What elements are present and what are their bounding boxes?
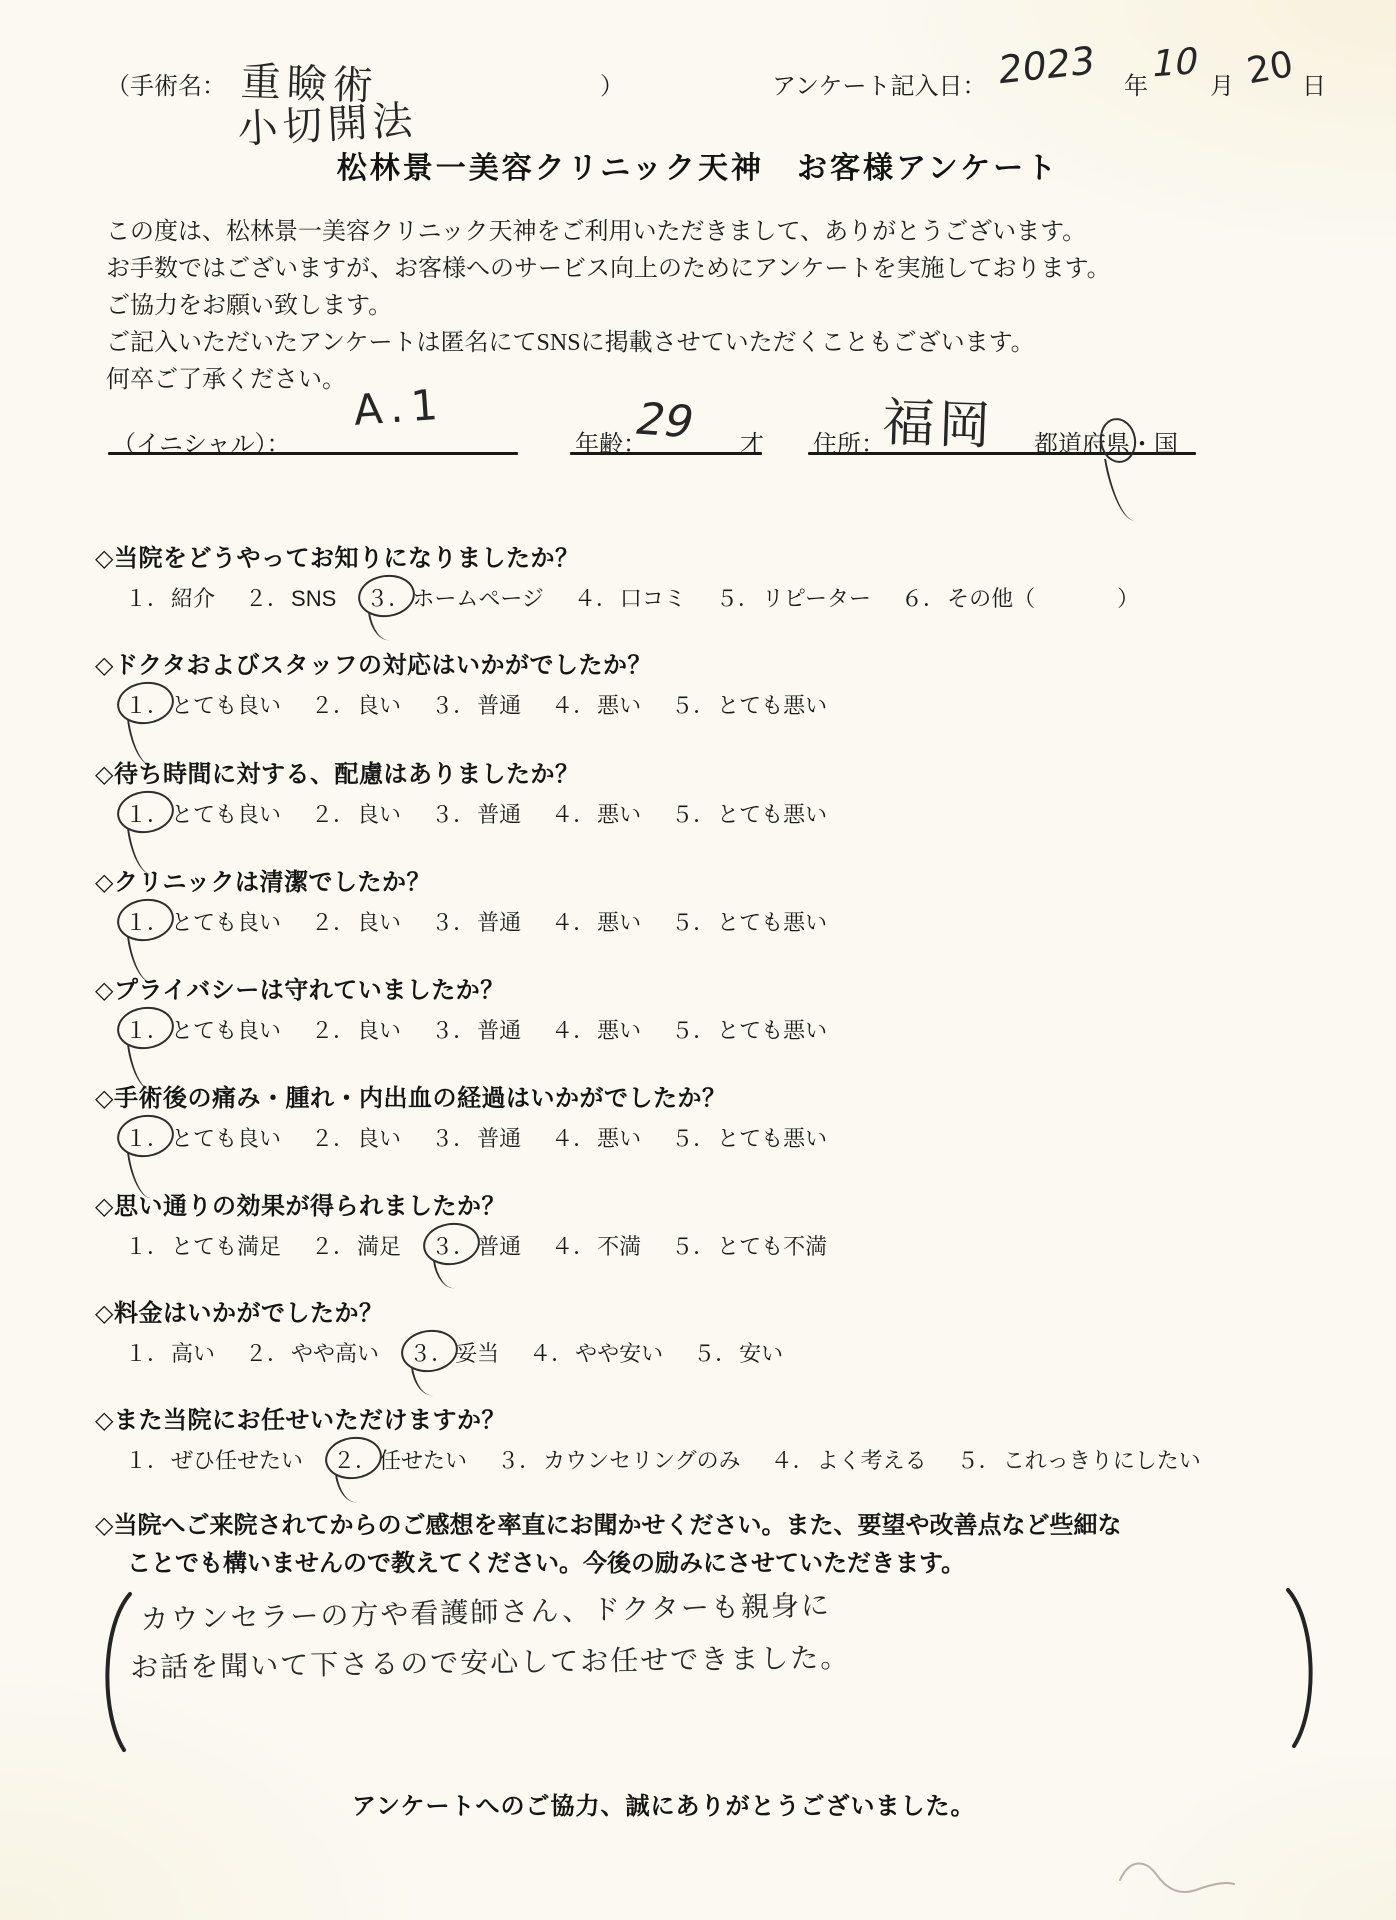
intro-line: この度は、松林景一美容クリニック天神をご利用いただきまして、ありがとうございます… xyxy=(106,214,1111,251)
option-number: ４． xyxy=(771,1448,815,1473)
region-prefix: 都道府 xyxy=(1034,432,1106,458)
option: ５．とても悪い xyxy=(671,906,827,937)
option: ４．よく考える xyxy=(771,1444,927,1475)
option: ２．良い xyxy=(311,906,401,937)
question-options: １．とても良い２．良い３．普通４．悪い５．とても悪い xyxy=(95,798,857,829)
option-number: ３． xyxy=(431,1018,475,1043)
other-close-paren: ） xyxy=(1117,582,1139,613)
option-number-circled: １． xyxy=(125,1122,169,1153)
option-number: ２． xyxy=(311,910,355,935)
option: ２．任せたい xyxy=(333,1444,467,1475)
option-label: 高い xyxy=(171,1341,215,1366)
option-number: ３． xyxy=(431,910,475,935)
address-handwritten: 福岡 xyxy=(881,380,996,459)
option-number: ５． xyxy=(671,1234,715,1259)
surgery-name-label: （手術名： xyxy=(106,66,226,101)
option-label: やや高い xyxy=(291,1341,379,1366)
option: ２．満足 xyxy=(311,1230,401,1261)
option: ２．やや高い xyxy=(245,1337,379,1368)
option: ３．カウンセリングのみ xyxy=(497,1444,741,1475)
option-label: 良い xyxy=(357,693,401,718)
question-prompt: ◇クリニックは清潔でしたか？ xyxy=(95,862,857,897)
option: １．とても良い xyxy=(125,798,281,829)
comment-prompt-line1: ◇当院へご来院されてからのご感想を率直にお聞かせください。また、要望や改善点など… xyxy=(95,1505,1121,1540)
option-label: やや安い xyxy=(575,1341,663,1366)
survey-date-label: アンケート記入日： xyxy=(772,66,987,101)
option-label: とても良い xyxy=(171,910,281,935)
option: １．とても良い xyxy=(125,689,281,720)
option-label: 紹介 xyxy=(171,586,215,611)
option: ４．悪い xyxy=(551,1122,641,1153)
option: ６．その他（ xyxy=(901,582,1035,613)
option-label: 良い xyxy=(357,802,401,827)
question-prompt: ◇待ち時間に対する、配慮はありましたか？ xyxy=(95,754,857,789)
option-number: ３． xyxy=(431,693,475,718)
option-label: 良い xyxy=(357,910,401,935)
question-block: ◇ドクタおよびスタッフの対応はいかがでしたか？１．とても良い２．良い３．普通４．… xyxy=(95,645,857,720)
option: ４．悪い xyxy=(551,798,641,829)
option-label: ぜひ任せたい xyxy=(171,1448,303,1473)
date-month-handwritten: 10 xyxy=(1149,41,1202,86)
option: １．とても満足 xyxy=(125,1230,281,1261)
option-number: ５． xyxy=(671,693,715,718)
option: ３．普通 xyxy=(431,1230,521,1261)
question-block: ◇当院をどうやってお知りになりましたか？１．紹介２．SNS３．ホームページ４．口… xyxy=(95,538,1139,613)
option-number: ５． xyxy=(671,910,715,935)
option: ４．やや安い xyxy=(529,1337,663,1368)
option-number-circled: ３． xyxy=(366,582,410,613)
option: ４．悪い xyxy=(551,906,641,937)
option: ５．とても悪い xyxy=(671,1014,827,1045)
question-prompt: ◇思い通りの効果が得られましたか？ xyxy=(95,1186,857,1221)
question-block: ◇待ち時間に対する、配慮はありましたか？１．とても良い２．良い３．普通４．悪い５… xyxy=(95,754,857,829)
comment-handwritten-line1: カウンセラーの方や看護師さん、ドクターも親身に xyxy=(140,1584,831,1638)
option-number: ５． xyxy=(716,586,760,611)
option-number: ４． xyxy=(551,693,595,718)
option-number: ２． xyxy=(311,802,355,827)
question-options: １．とても良い２．良い３．普通４．悪い５．とても悪い xyxy=(95,1122,857,1153)
option-label: 良い xyxy=(357,1126,401,1151)
question-block: ◇料金はいかがでしたか？１．高い２．やや高い３．妥当４．やや安い５．安い xyxy=(95,1293,813,1368)
option-label: これっきりにしたい xyxy=(1003,1448,1201,1473)
option-label: とても悪い xyxy=(717,693,827,718)
option-number-circled: ３． xyxy=(409,1337,453,1368)
question-options: １．とても良い２．良い３．普通４．悪い５．とても悪い xyxy=(95,906,857,937)
option: ５．とても悪い xyxy=(671,689,827,720)
option-number: ５． xyxy=(671,802,715,827)
option-number-circled: ３． xyxy=(431,1230,475,1261)
option-label: 良い xyxy=(357,1018,401,1043)
option: ４．不満 xyxy=(551,1230,641,1261)
option-label: その他（ xyxy=(947,586,1035,611)
option-number: ３． xyxy=(497,1448,541,1473)
option-label: とても悪い xyxy=(717,1126,827,1151)
intro-paragraph: この度は、松林景一美容クリニック天神をご利用いただきまして、ありがとうございます… xyxy=(106,214,1111,399)
option-number: ２． xyxy=(311,1018,355,1043)
intro-line: お手数ではございますが、お客様へのサービス向上のためにアンケートを実施しておりま… xyxy=(106,251,1111,288)
option-number: ４． xyxy=(529,1341,573,1366)
surgery-close-paren: ） xyxy=(600,66,624,101)
option-number-circled: １． xyxy=(125,689,169,720)
option-label: 口コミ xyxy=(620,586,686,611)
option-label: カウンセリングのみ xyxy=(543,1448,741,1473)
question-options: １．とても満足２．満足３．普通４．不満５．とても不満 xyxy=(95,1230,857,1261)
option-label: 妥当 xyxy=(455,1341,499,1366)
option: ３．普通 xyxy=(431,906,521,937)
option: ５．リピーター xyxy=(716,582,871,613)
option: ２．良い xyxy=(311,689,401,720)
option-number-circled: １． xyxy=(125,798,169,829)
option-number: ２． xyxy=(311,693,355,718)
option: ４．悪い xyxy=(551,689,641,720)
option: ２．良い xyxy=(311,1014,401,1045)
option-label: 悪い xyxy=(597,1126,641,1151)
option-label: とても悪い xyxy=(717,1018,827,1043)
option: ３．普通 xyxy=(431,1122,521,1153)
option-label: ホームページ xyxy=(412,586,544,611)
option-label: 任せたい xyxy=(379,1448,467,1473)
question-block: ◇思い通りの効果が得られましたか？１．とても満足２．満足３．普通４．不満５．とて… xyxy=(95,1186,857,1261)
option-number: ４． xyxy=(551,802,595,827)
option-label: とても良い xyxy=(171,1126,281,1151)
option-label: とても不満 xyxy=(717,1234,827,1259)
option-number: ４． xyxy=(551,910,595,935)
question-options: １．とても良い２．良い３．普通４．悪い５．とても悪い xyxy=(95,689,857,720)
option-label: とても良い xyxy=(171,802,281,827)
option-label: 悪い xyxy=(597,802,641,827)
option: ３．ホームページ xyxy=(366,582,544,613)
option-label: 満足 xyxy=(357,1234,401,1259)
option-label: 不満 xyxy=(597,1234,641,1259)
option-number: ２． xyxy=(311,1234,355,1259)
option-number: ２． xyxy=(245,586,289,611)
option: １．とても良い xyxy=(125,1014,281,1045)
option-number: ４． xyxy=(574,586,618,611)
intro-line: ご協力をお願い致します。 xyxy=(106,288,1111,325)
option: １．紹介 xyxy=(125,582,215,613)
option: ５．安い xyxy=(693,1337,783,1368)
question-options: １．ぜひ任せたい２．任せたい３．カウンセリングのみ４．よく考える５．これっきりに… xyxy=(95,1444,1231,1475)
initial-underline xyxy=(108,452,518,455)
question-prompt: ◇料金はいかがでしたか？ xyxy=(95,1293,813,1328)
option-number: ２． xyxy=(245,1341,289,1366)
option-number: ４． xyxy=(551,1126,595,1151)
option-label: 普通 xyxy=(477,1234,521,1259)
option: ５．とても悪い xyxy=(671,798,827,829)
option: ５．これっきりにしたい xyxy=(957,1444,1201,1475)
option: ４．口コミ xyxy=(574,582,686,613)
question-options: １．とても良い２．良い３．普通４．悪い５．とても悪い xyxy=(95,1014,857,1045)
option-number-circled: ２． xyxy=(333,1444,377,1475)
option-label: 悪い xyxy=(597,1018,641,1043)
comment-handwritten-line2: お話を聞いて下さるので安心してお任せできました。 xyxy=(130,1636,851,1686)
option-label: 安い xyxy=(739,1341,783,1366)
option: ３．普通 xyxy=(431,1014,521,1045)
intro-line: ご記入いただいたアンケートは匿名にてSNSに掲載させていただくこともございます。 xyxy=(106,325,1111,362)
option-number-circled: １． xyxy=(125,906,169,937)
option-label: とても悪い xyxy=(717,802,827,827)
option: ５．とても悪い xyxy=(671,1122,827,1153)
option-label: とても良い xyxy=(171,693,281,718)
option-number: ２． xyxy=(311,1126,355,1151)
date-month-unit: 月 xyxy=(1210,66,1234,101)
option: １．とても良い xyxy=(125,906,281,937)
option-label: とても悪い xyxy=(717,910,827,935)
date-year-handwritten: 2023 xyxy=(997,38,1096,93)
region-circled-prefecture: 県 xyxy=(1106,424,1130,459)
question-prompt: ◇手術後の痛み・腫れ・内出血の経過はいかがでしたか？ xyxy=(95,1078,857,1113)
date-day-handwritten: 20 xyxy=(1244,44,1296,92)
option: １．とても良い xyxy=(125,1122,281,1153)
comment-prompt-line2: ことでも構いませんので教えてください。今後の励みにさせていただきます。 xyxy=(127,1543,965,1578)
option-label: 悪い xyxy=(597,910,641,935)
option-label: 普通 xyxy=(477,693,521,718)
pencil-squiggle-mark xyxy=(1112,1850,1242,1902)
option: ３．妥当 xyxy=(409,1337,499,1368)
option-label: 悪い xyxy=(597,693,641,718)
option-number: ５． xyxy=(957,1448,1001,1473)
scanned-survey-page: （手術名： 重瞼術 小切開法 ） アンケート記入日： 2023 年 10 月 2… xyxy=(0,0,1396,1920)
question-prompt: ◇プライバシーは守れていましたか？ xyxy=(95,970,857,1005)
region-label: 都道府県・国 xyxy=(1034,424,1178,459)
option: ４．悪い xyxy=(551,1014,641,1045)
option: １．高い xyxy=(125,1337,215,1368)
option-number: ３． xyxy=(431,1126,475,1151)
question-block: ◇また当院にお任せいただけますか？１．ぜひ任せたい２．任せたい３．カウンセリング… xyxy=(95,1400,1231,1475)
option-number: ３． xyxy=(431,802,475,827)
comment-open-bracket xyxy=(90,1590,136,1754)
option-number: １． xyxy=(125,1448,169,1473)
option-label: とても良い xyxy=(171,1018,281,1043)
question-block: ◇クリニックは清潔でしたか？１．とても良い２．良い３．普通４．悪い５．とても悪い xyxy=(95,862,857,937)
question-block: ◇プライバシーは守れていましたか？１．とても良い２．良い３．普通４．悪い５．とて… xyxy=(95,970,857,1045)
age-underline xyxy=(570,452,762,455)
option-number: ５． xyxy=(671,1018,715,1043)
question-block: ◇手術後の痛み・腫れ・内出血の経過はいかがでしたか？１．とても良い２．良い３．普… xyxy=(95,1078,857,1153)
option: ３．普通 xyxy=(431,689,521,720)
question-prompt: ◇当院をどうやってお知りになりましたか？ xyxy=(95,538,1139,573)
option: ２．SNS xyxy=(245,582,336,613)
option-number: ５． xyxy=(671,1126,715,1151)
option-number: ５． xyxy=(693,1341,737,1366)
option-number-circled: １． xyxy=(125,1014,169,1045)
option-label: 普通 xyxy=(477,1126,521,1151)
question-options: １．高い２．やや高い３．妥当４．やや安い５．安い xyxy=(95,1337,813,1368)
region-suffix: ・国 xyxy=(1130,432,1178,458)
option-label: 普通 xyxy=(477,910,521,935)
option: ２．良い xyxy=(311,1122,401,1153)
option: ２．良い xyxy=(311,798,401,829)
option-number: ４． xyxy=(551,1234,595,1259)
question-prompt: ◇ドクタおよびスタッフの対応はいかがでしたか？ xyxy=(95,645,857,680)
option: ５．とても不満 xyxy=(671,1230,827,1261)
comment-close-bracket xyxy=(1282,1586,1328,1750)
date-year-unit: 年 xyxy=(1124,66,1148,101)
option-label: リピーター xyxy=(762,586,871,611)
question-prompt: ◇また当院にお任せいただけますか？ xyxy=(95,1400,1231,1435)
option-number: １． xyxy=(125,1341,169,1366)
option-label: 普通 xyxy=(477,1018,521,1043)
option: ３．普通 xyxy=(431,798,521,829)
footer-thanks: アンケートへのご協力、誠にありがとうございました。 xyxy=(352,1786,976,1821)
option-label: とても満足 xyxy=(171,1234,281,1259)
option: １．ぜひ任せたい xyxy=(125,1444,303,1475)
page-title: 松林景一美容クリニック天神 お客様アンケート xyxy=(0,143,1396,187)
date-day-unit: 日 xyxy=(1302,66,1326,101)
age-handwritten: 29 xyxy=(630,394,700,448)
question-options: １．紹介２．SNS３．ホームページ４．口コミ５．リピーター６．その他（） xyxy=(95,582,1139,613)
option-label: 普通 xyxy=(477,802,521,827)
option-number: ６． xyxy=(901,586,945,611)
option-label: SNS xyxy=(291,586,336,611)
initial-handwritten: A.1 xyxy=(352,380,447,435)
option-label: よく考える xyxy=(817,1448,927,1473)
option-number: １． xyxy=(125,586,169,611)
option-number: １． xyxy=(125,1234,169,1259)
option-number: ４． xyxy=(551,1018,595,1043)
